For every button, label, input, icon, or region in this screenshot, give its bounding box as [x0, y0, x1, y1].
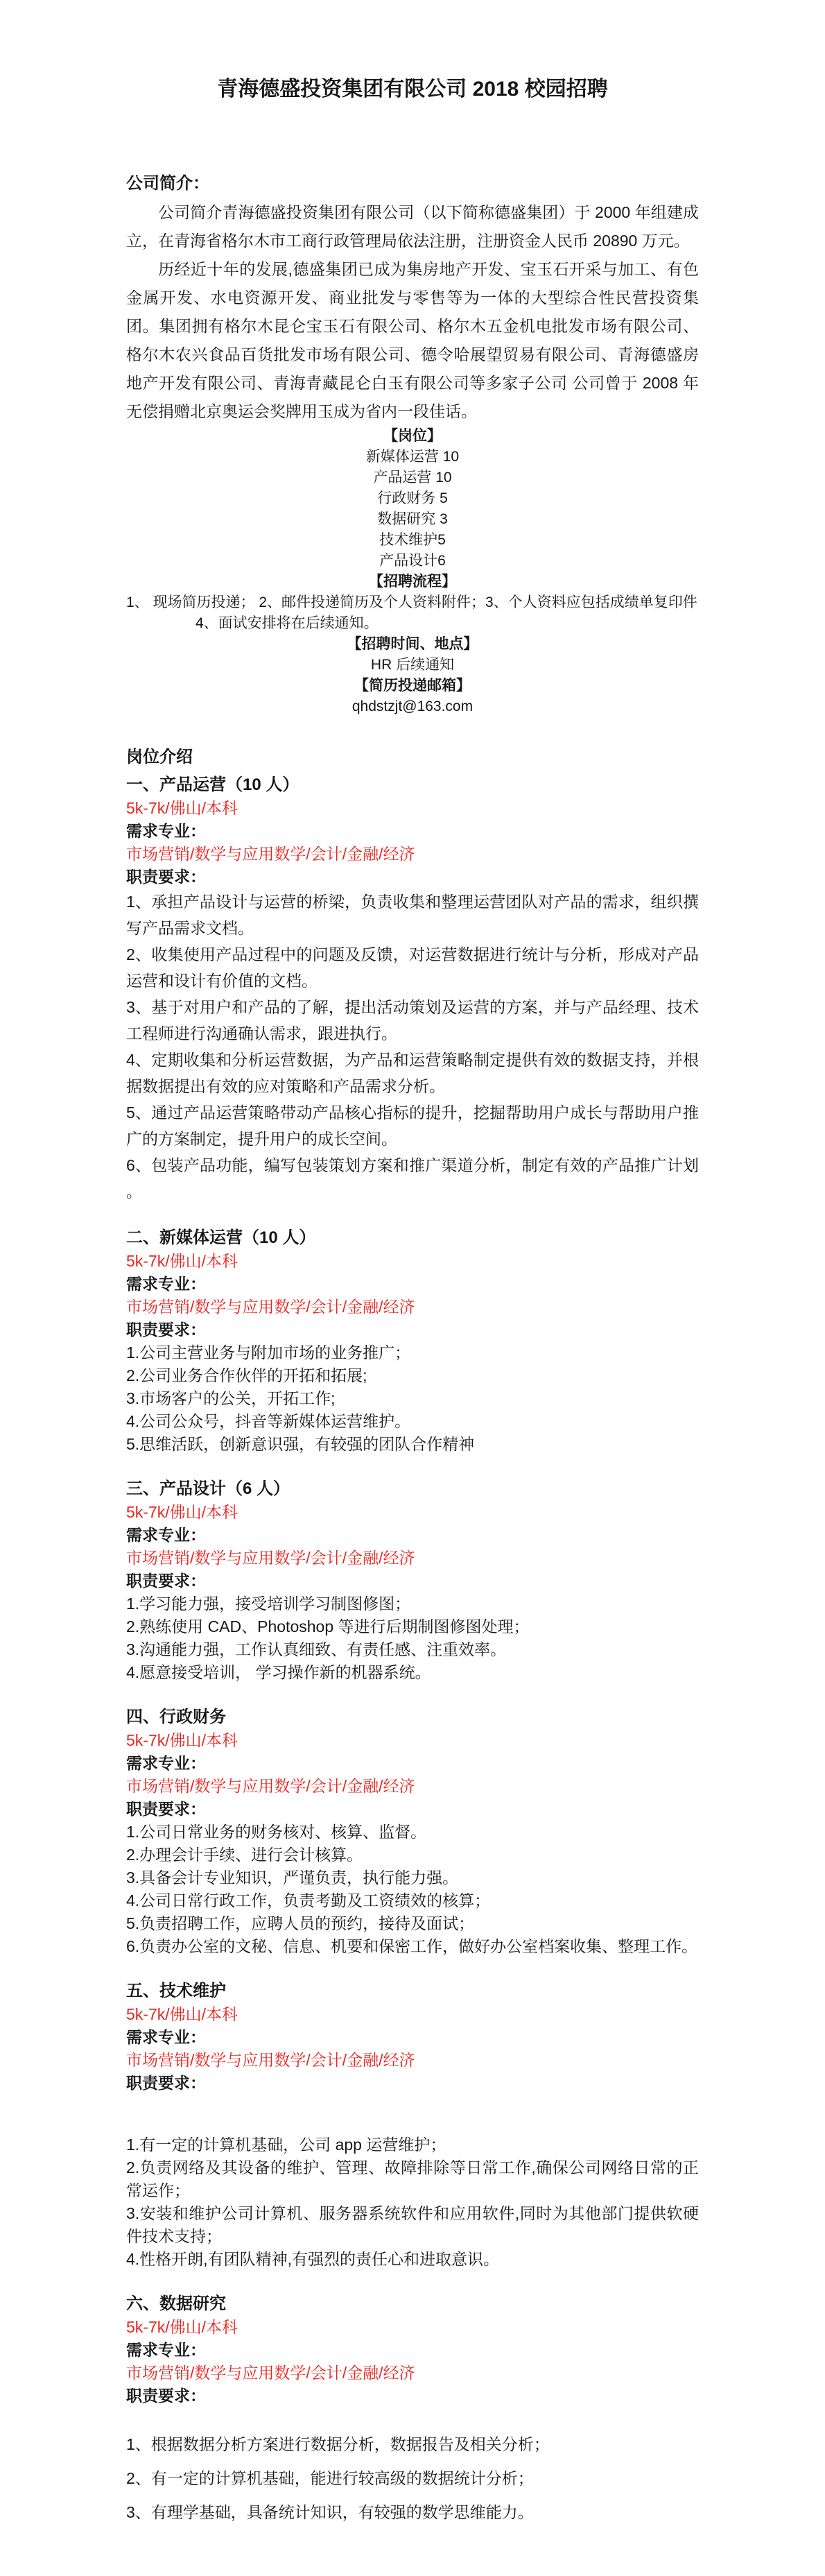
- position-item: 新媒体运营 10: [126, 447, 699, 467]
- mailbox-heading: 【简历投递邮箱】: [126, 676, 699, 696]
- duty-item: 4.公司日常行政工作，负责考勤及工资绩效的核算；: [126, 1889, 699, 1912]
- schedule-and-mailbox-block: 【招聘时间、地点】 HR 后续通知 【简历投递邮箱】 qhdstzjt@163.…: [126, 634, 699, 717]
- job-duty-label: 职责要求：: [126, 2072, 699, 2095]
- duty-item: 2.负责网络及其设备的维护、管理、故障排除等日常工作,确保公司网络日常的正常运作…: [126, 2156, 699, 2202]
- positions-heading: 【岗位】: [126, 426, 699, 447]
- job-section-data-research: 六、数据研究 5k-7k/佛山/本科 需求专业： 市场营销/数学与应用数学/会计…: [126, 2292, 699, 2525]
- duty-item: 1.学习能力强，接受培训学习制图修图；: [126, 1592, 699, 1615]
- job-salary-line: 5k-7k/佛山/本科: [126, 1250, 699, 1273]
- job-duty-list: 1、根据数据分析方案进行数据分析，数据报告及相关分析； 2、有一定的计算机基础，…: [126, 2432, 699, 2525]
- job-major-label: 需求专业：: [126, 1752, 699, 1775]
- job-salary-line: 5k-7k/佛山/本科: [126, 797, 699, 820]
- job-title: 三、产品设计（6 人）: [126, 1477, 699, 1501]
- duty-item: 5.思维活跃，创新意识强，有较强的团队合作精神: [126, 1433, 699, 1456]
- job-major-value: 市场营销/数学与应用数学/会计/金融/经济: [126, 1547, 699, 1570]
- job-section-new-media-operations: 二、新媒体运营（10 人） 5k-7k/佛山/本科 需求专业： 市场营销/数学与…: [126, 1226, 699, 1456]
- company-intro-paragraph: 公司简介青海德盛投资集团有限公司（以下简称德盛集团）于 2000 年组建成立，在…: [126, 198, 699, 255]
- job-duty-label: 职责要求：: [126, 2385, 699, 2407]
- job-title: 二、新媒体运营（10 人）: [126, 1226, 699, 1250]
- duty-item: 2.办理会计手续、进行会计核算。: [126, 1844, 699, 1866]
- position-item: 数据研究 3: [126, 509, 699, 530]
- job-salary-line: 5k-7k/佛山/本科: [126, 1501, 699, 1524]
- job-duty-list: 1.公司日常业务的财务核对、核算、监督。 2.办理会计手续、进行会计核算。 3.…: [126, 1821, 699, 1958]
- job-duty-label: 职责要求：: [126, 1570, 699, 1592]
- duty-item: 1.公司日常业务的财务核对、核算、监督。: [126, 1821, 699, 1844]
- job-duty-list: 1、承担产品设计与运营的桥梁，负责收集和整理运营团队对产品的需求，组织撰写产品需…: [126, 888, 699, 1205]
- job-section-product-operations: 一、产品运营（10 人） 5k-7k/佛山/本科 需求专业： 市场营销/数学与应…: [126, 773, 699, 1205]
- job-title: 六、数据研究: [126, 2292, 699, 2316]
- document-page: 青海德盛投资集团有限公司 2018 校园招聘 公司简介： 公司简介青海德盛投资集…: [0, 0, 825, 2576]
- process-heading: 【招聘流程】: [126, 572, 699, 592]
- mailbox-email: qhdstzjt@163.com: [126, 696, 699, 717]
- job-duty-label: 职责要求：: [126, 1798, 699, 1821]
- position-item: 技术维护5: [126, 530, 699, 551]
- company-intro-section: 公司简介： 公司简介青海德盛投资集团有限公司（以下简称德盛集团）于 2000 年…: [126, 169, 699, 426]
- jobs-intro-heading: 岗位介绍: [126, 745, 699, 770]
- job-duty-label: 职责要求：: [126, 866, 699, 888]
- duty-item: 6.负责办公室的文秘、信息、机要和保密工作，做好办公室档案收集、整理工作。: [126, 1935, 699, 1958]
- company-intro-paragraph: 历经近十年的发展,德盛集团已成为集房地产开发、宝玉石开采与加工、有色金属开发、水…: [126, 255, 699, 426]
- duty-item: 3、有理学基础，具备统计知识，有较强的数学思维能力。: [126, 2500, 699, 2525]
- duty-item: 3.沟通能力强，工作认真细致、有责任感、注重效率。: [126, 1638, 699, 1661]
- job-title: 四、行政财务: [126, 1705, 699, 1729]
- positions-block: 【岗位】 新媒体运营 10 产品运营 10 行政财务 5 数据研究 3 技术维护…: [126, 426, 699, 592]
- process-steps-line: 1、 现场简历投递； 2、邮件投递简历及个人资料附件；3、个人资料应包括成绩单复…: [126, 592, 699, 613]
- duty-item: 5、通过产品运营策略带动产品核心指标的提升，挖掘帮助用户成长与帮助用户推广的方案…: [126, 1099, 699, 1152]
- job-major-label: 需求专业：: [126, 2339, 699, 2362]
- company-intro-heading: 公司简介：: [126, 169, 699, 198]
- job-major-value: 市场营销/数学与应用数学/会计/金融/经济: [126, 2049, 699, 2072]
- job-section-tech-maintenance: 五、技术维护 5k-7k/佛山/本科 需求专业： 市场营销/数学与应用数学/会计…: [126, 1979, 699, 2271]
- duty-item: 4.公司公众号，抖音等新媒体运营维护。: [126, 1410, 699, 1433]
- process-step4-line: 4、面试安排将在后续通知。: [196, 613, 699, 634]
- duty-item: 1、根据数据分析方案进行数据分析，数据报告及相关分析；: [126, 2432, 699, 2457]
- schedule-content: HR 后续通知: [126, 655, 699, 676]
- position-item: 产品运营 10: [126, 467, 699, 488]
- job-salary-line: 5k-7k/佛山/本科: [126, 2316, 699, 2339]
- duty-item: 4.性格开朗,有团队精神,有强烈的责任心和进取意识。: [126, 2248, 699, 2271]
- duty-item: 6、包装产品功能，编写包装策划方案和推广渠道分析，制定有效的产品推广计划 。: [126, 1152, 699, 1205]
- duty-item: 3.安装和维护公司计算机、服务器系统软件和应用软件,同时为其他部门提供软硬件技术…: [126, 2202, 699, 2248]
- duty-item: 3.市场客户的公关，开拓工作;: [126, 1387, 699, 1410]
- job-section-product-design: 三、产品设计（6 人） 5k-7k/佛山/本科 需求专业： 市场营销/数学与应用…: [126, 1477, 699, 1684]
- job-duty-label: 职责要求：: [126, 1319, 699, 1341]
- job-duty-list: 1.公司主营业务与附加市场的业务推广； 2.公司业务合作伙伴的开拓和拓展; 3.…: [126, 1341, 699, 1456]
- job-salary-line: 5k-7k/佛山/本科: [126, 1729, 699, 1752]
- duty-item: 2.熟练使用 CAD、Photoshop 等进行后期制图修图处理；: [126, 1615, 699, 1638]
- job-salary-line: 5k-7k/佛山/本科: [126, 2003, 699, 2026]
- job-major-label: 需求专业：: [126, 1524, 699, 1547]
- job-section-admin-finance: 四、行政财务 5k-7k/佛山/本科 需求专业： 市场营销/数学与应用数学/会计…: [126, 1705, 699, 1958]
- duty-item: 1.公司主营业务与附加市场的业务推广；: [126, 1341, 699, 1364]
- job-major-value: 市场营销/数学与应用数学/会计/金融/经济: [126, 843, 699, 866]
- duty-item: 2、收集使用产品过程中的问题及反馈，对运营数据进行统计与分析，形成对产品运营和设…: [126, 941, 699, 994]
- schedule-heading: 【招聘时间、地点】: [126, 634, 699, 655]
- duty-item: 5.负责招聘工作，应聘人员的预约，接待及面试；: [126, 1912, 699, 1935]
- position-item: 行政财务 5: [126, 488, 699, 509]
- document-title: 青海德盛投资集团有限公司 2018 校园招聘: [126, 76, 699, 103]
- job-major-value: 市场营销/数学与应用数学/会计/金融/经济: [126, 1775, 699, 1798]
- job-major-label: 需求专业：: [126, 1273, 699, 1296]
- job-title: 一、产品运营（10 人）: [126, 773, 699, 797]
- job-duty-list: 1.有一定的计算机基础，公司 app 运营维护； 2.负责网络及其设备的维护、管…: [126, 2133, 699, 2271]
- duty-item: 2.公司业务合作伙伴的开拓和拓展;: [126, 1364, 699, 1387]
- job-title: 五、技术维护: [126, 1979, 699, 2003]
- position-item: 产品设计6: [126, 551, 699, 572]
- job-major-label: 需求专业：: [126, 820, 699, 843]
- job-major-value: 市场营销/数学与应用数学/会计/金融/经济: [126, 2362, 699, 2385]
- job-duty-list: 1.学习能力强，接受培训学习制图修图； 2.熟练使用 CAD、Photoshop…: [126, 1592, 699, 1684]
- job-major-label: 需求专业：: [126, 2026, 699, 2049]
- duty-item: 3.具备会计专业知识，严谨负责，执行能力强。: [126, 1866, 699, 1889]
- duty-item: 3、基于对用户和产品的了解，提出活动策划及运营的方案，并与产品经理、技术工程师进…: [126, 994, 699, 1047]
- duty-item: 4.愿意接受培训， 学习操作新的机器系统。: [126, 1661, 699, 1684]
- duty-item: 2、有一定的计算机基础，能进行较高级的数据统计分析；: [126, 2466, 699, 2491]
- duty-item: 4、定期收集和分析运营数据，为产品和运营策略制定提供有效的数据支持，并根据数据提…: [126, 1047, 699, 1099]
- job-major-value: 市场营销/数学与应用数学/会计/金融/经济: [126, 1296, 699, 1319]
- duty-item: 1.有一定的计算机基础，公司 app 运营维护；: [126, 2133, 699, 2156]
- duty-item: 1、承担产品设计与运营的桥梁，负责收集和整理运营团队对产品的需求，组织撰写产品需…: [126, 888, 699, 941]
